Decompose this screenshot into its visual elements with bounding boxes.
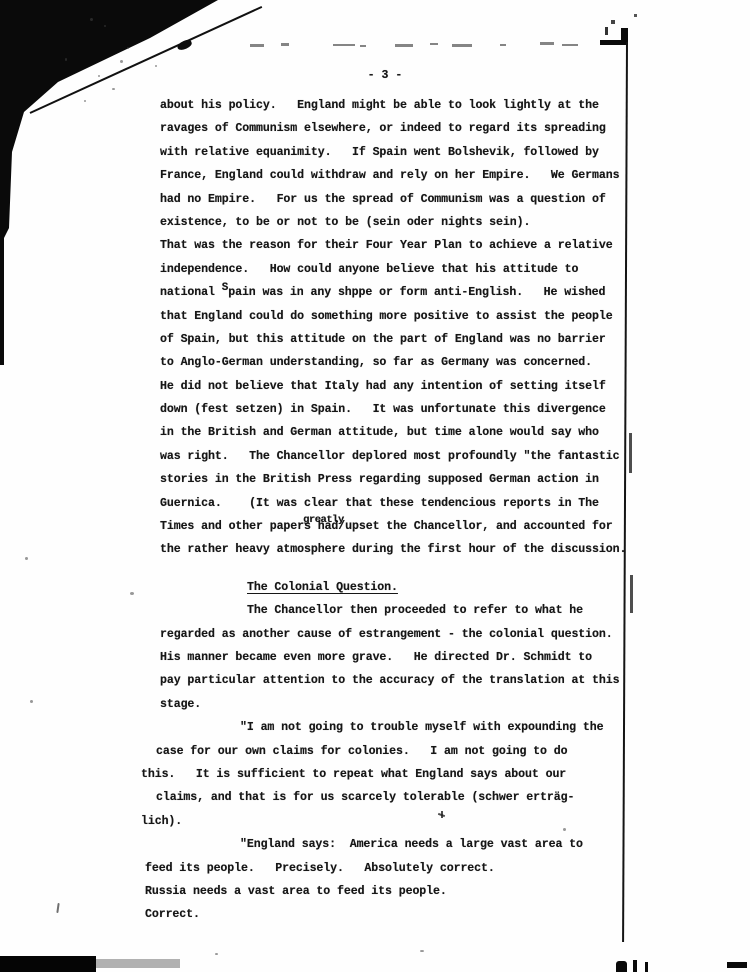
scan-smudge	[430, 43, 438, 45]
text-segment: national	[160, 286, 222, 299]
text-line: lich).	[140, 810, 700, 833]
bottom-right-dash	[727, 962, 747, 968]
bottom-left-bar	[0, 956, 96, 972]
scan-speck	[98, 75, 100, 77]
text-line: Russia needs a vast area to feed its peo…	[140, 880, 700, 903]
ink-blob-top-right	[634, 14, 637, 17]
scan-smudge	[250, 44, 264, 47]
scan-speck	[84, 100, 86, 102]
scan-speck	[215, 953, 218, 955]
text-line: Guernica. (It was clear that these tende…	[140, 492, 700, 515]
ink-blob-top-right	[605, 27, 608, 35]
text-line: stage.	[140, 693, 700, 716]
text-line: that England could do something more pos…	[140, 305, 700, 328]
text-line: "I am not going to trouble myself with e…	[140, 716, 700, 739]
scan-smudge	[281, 43, 289, 46]
scan-smudge	[540, 42, 554, 45]
inserted-word: greatly	[303, 509, 344, 532]
scan-smudge	[500, 44, 506, 46]
scan-speck	[130, 592, 134, 595]
scan-speck	[120, 60, 123, 63]
margin-mark	[56, 903, 59, 913]
ink-swoosh-mark	[176, 38, 193, 51]
text-line: regarded as another cause of estrangemen…	[140, 623, 700, 646]
document-page: - 3 - about his policy. England might be…	[0, 0, 750, 972]
scan-speck	[25, 557, 28, 560]
text-line: the rather heavy atmosphere during the f…	[140, 538, 700, 561]
text-line: feed its people. Precisely. Absolutely c…	[140, 857, 700, 880]
text-line: Correct.	[140, 903, 700, 926]
scan-speck	[90, 18, 93, 21]
text-line: stories in the British Press regarding s…	[140, 468, 700, 491]
text-line: "England says: America needs a large vas…	[140, 833, 700, 856]
page-number: - 3 -	[340, 69, 430, 82]
scan-speck	[112, 88, 115, 90]
scan-smudge	[452, 44, 472, 47]
text-line: That was the reason for their Four Year …	[140, 234, 700, 257]
scan-smudge	[562, 44, 578, 46]
scan-speck	[30, 700, 33, 703]
text-segment: upset the Chancellor, and accounted for	[345, 520, 612, 533]
scan-speck	[104, 25, 106, 27]
text-line: was right. The Chancellor deplored most …	[140, 445, 700, 468]
bottom-left-smudge	[96, 959, 180, 968]
text-line: with relative equanimity. If Spain went …	[140, 141, 700, 164]
text-line: France, England could withdraw and rely …	[140, 164, 700, 187]
bottom-right-mark	[616, 961, 627, 972]
document-body: about his policy. England might be able …	[140, 94, 700, 927]
text-line: down (fest setzen) in Spain. It was unfo…	[140, 398, 700, 421]
bottom-right-mark	[633, 960, 637, 972]
text-line: His manner became even more grave. He di…	[140, 646, 700, 669]
text-line: about his policy. England might be able …	[140, 94, 700, 117]
scan-speck	[155, 65, 157, 67]
text-line: independence. How could anyone believe t…	[140, 258, 700, 281]
text-line: to Anglo-German understanding, so far as…	[140, 351, 700, 374]
text-line: in the British and German attitude, but …	[140, 421, 700, 444]
scan-speck	[127, 47, 129, 49]
text-line: this. It is sufficient to repeat what En…	[140, 763, 700, 786]
text-line: ravages of Communism elsewhere, or indee…	[140, 117, 700, 140]
text-line: existence, to be or not to be (sein oder…	[140, 211, 700, 234]
text-segment: pain was in any shppe or form anti-Engli…	[228, 286, 605, 299]
scan-speck	[420, 950, 424, 952]
text-line: of Spain, but this attitude on the part …	[140, 328, 700, 351]
text-line: He did not believe that Italy had any in…	[140, 375, 700, 398]
scan-smudge	[360, 45, 366, 47]
text-line: The Chancellor then proceeded to refer t…	[140, 599, 700, 622]
text-line: pay particular attention to the accuracy…	[140, 669, 700, 692]
scan-smudge	[395, 44, 413, 47]
text-line: had no Empire. For us the spread of Comm…	[140, 188, 700, 211]
ink-blob-top-right	[611, 20, 615, 24]
text-line: claims, and that is for us scarcely tole…	[140, 786, 700, 809]
text-line-with-insertion: Times and other papers had/greatlyupset …	[140, 515, 700, 538]
scan-smudge	[333, 44, 355, 46]
bottom-right-mark	[645, 962, 648, 972]
scan-speck	[65, 58, 67, 61]
superscript-letter: S	[222, 282, 229, 294]
text-line-superscript-spain: national Spain was in any shppe or form …	[140, 281, 700, 304]
text-line: case for our own claims for colonies. I …	[140, 740, 700, 763]
section-heading: The Colonial Question.	[140, 576, 700, 599]
